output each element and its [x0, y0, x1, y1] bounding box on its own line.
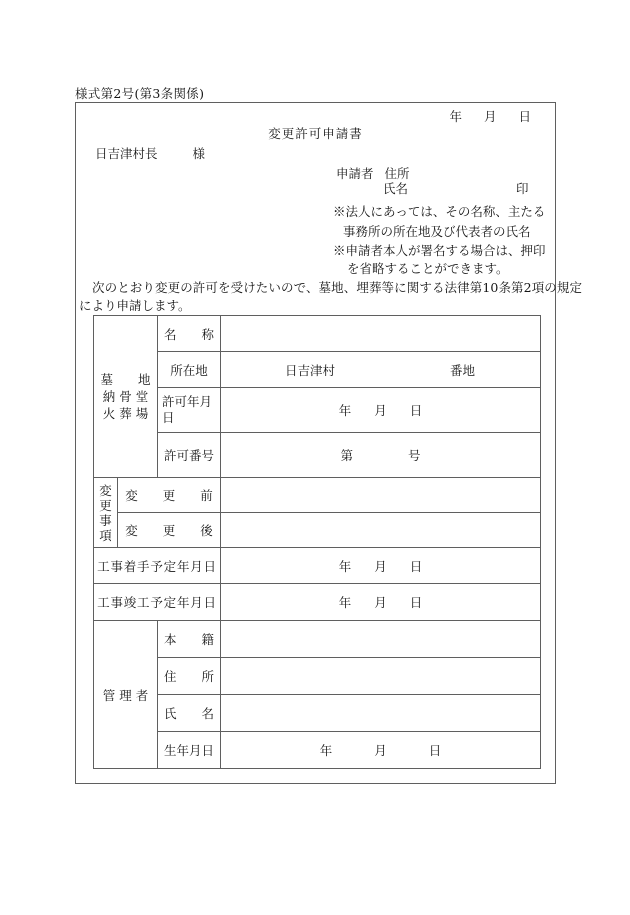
honorific-label: 様 [193, 146, 206, 161]
manager-address-value-cell [221, 658, 541, 695]
year-placeholder: 年 [339, 401, 352, 419]
form-title: 変更許可申請書 [76, 124, 555, 142]
permit-number-value-cell: 第 号 [221, 433, 541, 478]
change-group-label: 変更事項 [99, 483, 113, 543]
facility-location-label-cell: 所在地 [158, 352, 221, 388]
addressee-line: 日吉津村長様 [95, 144, 205, 162]
body-paragraph-line2: により申請します。 [79, 296, 191, 314]
document-page: 様式第2号(第3条関係) 年 月 日 変更許可申請書 日吉津村長様 申請者住所 … [0, 0, 630, 915]
manager-domicile-label-cell: 本 籍 [158, 621, 221, 658]
note-signature-line1: ※申請者本人が署名する場合は、押印 [333, 241, 546, 259]
manager-group-label: 管 理 者 [94, 686, 157, 704]
note-corporation-line2: 事務所の所在地及び代表者の氏名 [343, 222, 531, 240]
construction-end-value-cell: 年 月 日 [221, 584, 541, 621]
note-corporation-line1: ※法人にあっては、その名称、主たる [333, 202, 545, 220]
header-month-label: 月 [484, 107, 497, 125]
change-before-label-cell: 変 更 前 [118, 478, 221, 513]
permit-number-suffix: 号 [408, 446, 421, 464]
location-village-text: 日吉津村 [285, 361, 335, 379]
applicant-name-label: 氏名 [383, 179, 408, 197]
header-date-line: 年 月 日 [449, 107, 531, 125]
day-placeholder: 日 [410, 557, 423, 575]
header-day-label: 日 [518, 107, 531, 125]
manager-group-cell: 管 理 者 [94, 621, 158, 769]
location-banchi-text: 番地 [450, 361, 475, 379]
construction-start-value-cell: 年 月 日 [221, 548, 541, 584]
permit-date-label-cell: 許可年月 日 [158, 388, 221, 433]
seal-label: 印 [516, 179, 529, 197]
note-signature-line2: を省略することができます。 [347, 259, 509, 277]
construction-start-label-cell: 工事着手予定年月日 [94, 548, 221, 584]
year-placeholder: 年 [320, 741, 333, 759]
month-placeholder: 月 [374, 741, 387, 759]
facility-group-cell: 墓 地 納 骨 堂 火 葬 場 [94, 316, 158, 478]
manager-address-label-cell: 住 所 [158, 658, 221, 695]
month-placeholder: 月 [374, 401, 387, 419]
month-placeholder: 月 [374, 593, 387, 611]
facility-name-value-cell [221, 316, 541, 352]
day-placeholder: 日 [410, 401, 423, 419]
permit-number-prefix: 第 [341, 446, 354, 464]
facility-group-label: 墓 地 納 骨 堂 火 葬 場 [94, 371, 157, 422]
year-placeholder: 年 [339, 593, 352, 611]
facility-location-value-cell: 日吉津村 番地 [221, 352, 541, 388]
manager-birthdate-label-cell: 生年月日 [158, 732, 221, 769]
application-table: 墓 地 納 骨 堂 火 葬 場 名 称 所在地 日吉津村 番地 許可年月 日 [93, 315, 541, 769]
change-after-value-cell [221, 513, 541, 548]
manager-name-label-cell: 氏 名 [158, 695, 221, 732]
change-before-value-cell [221, 478, 541, 513]
change-after-label-cell: 変 更 後 [118, 513, 221, 548]
header-year-label: 年 [449, 107, 462, 125]
permit-date-value-cell: 年 月 日 [221, 388, 541, 433]
form-border-box: 年 月 日 変更許可申請書 日吉津村長様 申請者住所 氏名 印 ※法人にあっては… [75, 102, 556, 784]
day-placeholder: 日 [429, 741, 442, 759]
facility-name-label-cell: 名 称 [158, 316, 221, 352]
permit-number-label-cell: 許可番号 [158, 433, 221, 478]
body-paragraph-line1: 次のとおり変更の許可を受けたいので、墓地、埋葬等に関する法律第10条第2項の規定 [92, 278, 582, 296]
manager-domicile-value-cell [221, 621, 541, 658]
manager-birthdate-value-cell: 年 月 日 [221, 732, 541, 769]
manager-name-value-cell [221, 695, 541, 732]
day-placeholder: 日 [410, 593, 423, 611]
change-group-cell: 変更事項 [94, 478, 118, 548]
addressee-name: 日吉津村長 [95, 146, 158, 161]
construction-end-label-cell: 工事竣工予定年月日 [94, 584, 221, 621]
form-number-label: 様式第2号(第3条関係) [75, 84, 204, 102]
year-placeholder: 年 [339, 557, 352, 575]
applicant-label: 申請者 [336, 166, 374, 181]
month-placeholder: 月 [374, 557, 387, 575]
